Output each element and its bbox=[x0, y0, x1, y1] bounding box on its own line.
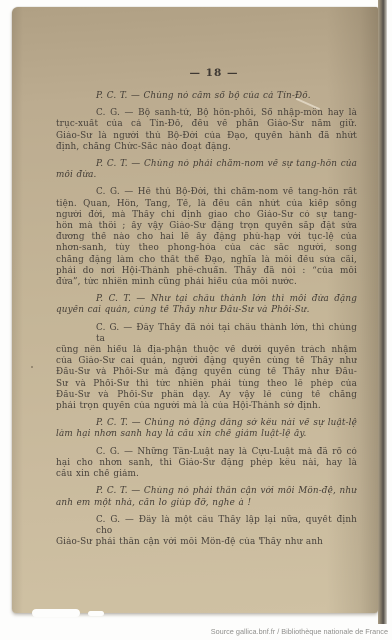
text-line: Giáo-Sư là người thủ Bộ-Đời của Đạo, quy… bbox=[56, 131, 357, 142]
paper-speck bbox=[259, 538, 261, 540]
text-line: cầu xin chế giảm. bbox=[56, 469, 357, 480]
text-line: P. C. T. — Chúng nó phải thân cận với mỗ… bbox=[56, 486, 357, 497]
answer-paragraph: C. G. — Những Tân-Luật nay là Cựu-Luật m… bbox=[56, 447, 357, 481]
text-line: P. C. T. — Như tại châu thành lớn thì mỗ… bbox=[56, 294, 357, 305]
text-line: chẳng đặng làm cho thất thể Đạo, nghĩa l… bbox=[56, 255, 357, 266]
text-line: C. G. — Đây Thầy đã nói tại châu thành l… bbox=[56, 323, 357, 345]
text-line: của Giáo-Sư cai quản, người đặng quyền c… bbox=[56, 356, 357, 367]
text-line: P. C. T. — Chúng nó cầm sổ bộ của cả Tín… bbox=[56, 91, 357, 102]
question-paragraph: P. C. T. — Chúng nó đặng dâng sớ kêu nài… bbox=[56, 418, 357, 440]
text-line: C. G. — Bộ sanh-tử, Bộ hôn-phối, Sổ nhập… bbox=[56, 108, 357, 119]
book-page: — 18 — P. C. T. — Chúng nó cầm sổ bộ của… bbox=[12, 7, 378, 613]
text-line: quyền cai quản, cúng tế Thầy như Đầu-Sư … bbox=[56, 305, 357, 316]
paper-speck bbox=[31, 366, 33, 368]
text-line: Sư và Phối-Sư thì tức nhiên phải tùng th… bbox=[56, 379, 357, 390]
answer-paragraph: C. G. — Bộ sanh-tử, Bộ hôn-phối, Sổ nhập… bbox=[56, 108, 357, 153]
page-text: P. C. T. — Chúng nó cầm sổ bộ của cả Tín… bbox=[56, 91, 357, 548]
scan-viewer: — 18 — P. C. T. — Chúng nó cầm sổ bộ của… bbox=[0, 0, 392, 640]
text-line: Giáo-Sư phải thân cận với mỗi Môn-đệ của… bbox=[56, 537, 357, 548]
text-line: đứa”, tức nhiên mình cũng phải hiểu của … bbox=[56, 277, 357, 288]
question-paragraph: P. C. T. — Chúng nó phải chăm-nom về sự … bbox=[56, 159, 357, 181]
text-line: anh em một nhà, cần lo giúp đỡ, nghe à ! bbox=[56, 498, 357, 509]
text-line: định, chẳng Chức-Sắc nào đoạt đặng. bbox=[56, 142, 357, 153]
text-line: C. G. — Đây là một câu Thầy lập lại nữa,… bbox=[56, 515, 357, 537]
page-number: — 18 — bbox=[12, 67, 378, 79]
text-line: C. G. — Những Tân-Luật nay là Cựu-Luật m… bbox=[56, 447, 357, 458]
page-edge-notch bbox=[88, 611, 104, 616]
text-line: làm hại nhơn sanh hay là cầu xin chế giả… bbox=[56, 429, 357, 440]
question-paragraph: P. C. T. — Như tại châu thành lớn thì mỗ… bbox=[56, 294, 357, 316]
credit-bar: Source gallica.bnf.fr / Bibliothèque nat… bbox=[0, 625, 392, 640]
answer-paragraph: C. G. — Đây Thầy đã nói tại châu thành l… bbox=[56, 323, 357, 413]
text-line: mỗi đứa. bbox=[56, 170, 357, 181]
text-line: tiện. Quan, Hôn, Tang, Tế, là đều cần nh… bbox=[56, 199, 357, 210]
text-line: C. G. — Hễ thủ Bộ-Đời, thì chăm-nom về t… bbox=[56, 187, 357, 198]
text-line: Đầu-Sư và Phối-Sư mà đặng quyền cúng tế … bbox=[56, 367, 357, 378]
text-line: nhơn-sanh, tùy theo phong-hóa của các sắ… bbox=[56, 243, 357, 254]
question-paragraph: P. C. T. — Chúng nó phải thân cận với mỗ… bbox=[56, 486, 357, 508]
text-line: cũng nên hiểu là địa-phận thuộc về dưới … bbox=[56, 345, 357, 356]
text-line: phải trọn quyền của người mà là của Hội-… bbox=[56, 401, 357, 412]
text-line: phải do nơi Hội-Thánh phê-chuẩn. Thầy đã… bbox=[56, 266, 357, 277]
text-line: P. C. T. — Chúng nó phải chăm-nom về sự … bbox=[56, 159, 357, 170]
text-line: người đời, mà Thầy chỉ định giao cho Giá… bbox=[56, 210, 357, 221]
answer-paragraph: C. G. — Đây là một câu Thầy lập lại nữa,… bbox=[56, 515, 357, 549]
text-line: hại cho nhơn sanh, thì Giáo-Sư đặng phép… bbox=[56, 458, 357, 469]
answer-paragraph: C. G. — Hễ thủ Bộ-Đời, thì chăm-nom về t… bbox=[56, 187, 357, 288]
text-line: Đầu-Sư và Phối-Sư phân dạy. Ấy vậy lễ cú… bbox=[56, 390, 357, 401]
text-line: đương thế nào cho hai lẽ ấy đặng phù-hạp… bbox=[56, 232, 357, 243]
text-line: trục-xuất của cả Tín-Đồ, đều về phần Giá… bbox=[56, 119, 357, 130]
gallica-source-credit: Source gallica.bnf.fr / Bibliothèque nat… bbox=[211, 627, 388, 636]
text-line: hôn mà thôi ; ấy vậy Giáo-Sư đặng trọn q… bbox=[56, 221, 357, 232]
question-paragraph: P. C. T. — Chúng nó cầm sổ bộ của cả Tín… bbox=[56, 91, 357, 102]
page-edge-notch bbox=[32, 609, 80, 617]
text-line: P. C. T. — Chúng nó đặng dâng sớ kêu nài… bbox=[56, 418, 357, 429]
book-edge-shadow bbox=[378, 0, 387, 624]
